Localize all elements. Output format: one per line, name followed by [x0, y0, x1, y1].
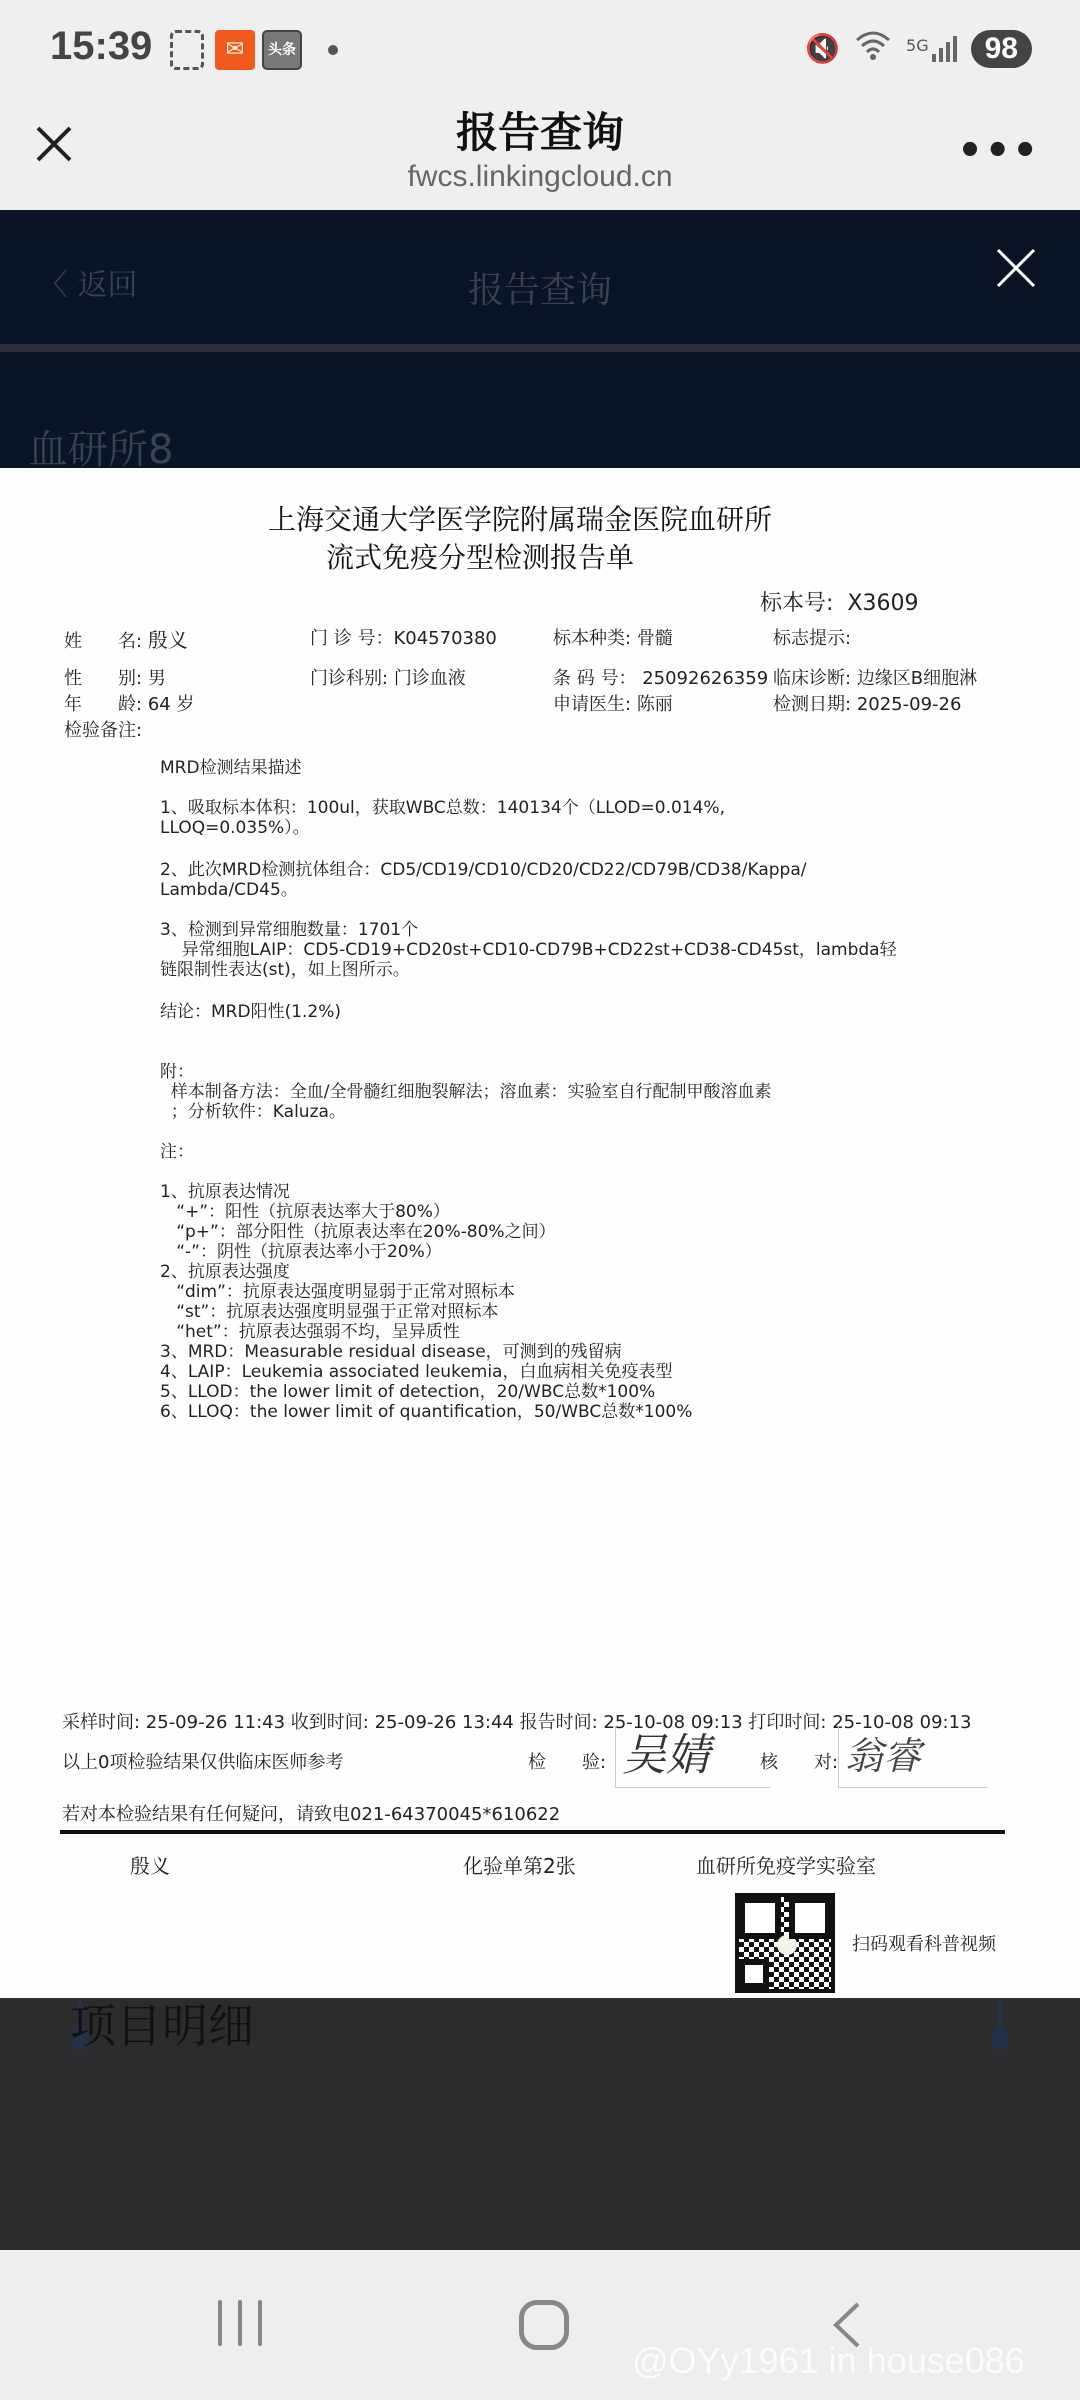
field-value: 殷义 [148, 628, 188, 652]
note-line: 2、抗原表达强度 [160, 1262, 290, 1282]
field-value: 25092626359 [642, 668, 768, 689]
field-label: 性 别: [64, 668, 142, 689]
mute-icon: 🔇 [805, 32, 840, 65]
mrd-item-3: 3、检测到异常细胞数量：1701个 异常细胞LAIP：CD5-CD19+CD20… [160, 920, 897, 980]
field-value: 男 [148, 668, 166, 689]
battery-indicator: 98 [971, 30, 1032, 68]
status-bar: 15:39 ✉ 头条 🔇 5G 98 [0, 0, 1080, 100]
qr-code-icon[interactable] [735, 1893, 835, 1993]
note-line: 5、LLOD：the lower limit of detection，20/W… [160, 1382, 655, 1402]
field-department: 门诊科别: 门诊血液 [310, 664, 466, 690]
more-options-button[interactable]: ••• [957, 128, 1040, 174]
field-age: 年 龄: 64 岁 [64, 690, 194, 716]
field-label: 条 码 号： [553, 668, 636, 689]
note-line: 1、抗原表达情况 [160, 1182, 290, 1202]
note-line: “st”：抗原表达强度明显强于正常对照标本 [160, 1302, 498, 1322]
field-label: 标本种类: [553, 628, 631, 649]
sample-number: 标本号: X3609 [760, 586, 918, 617]
home-button[interactable] [519, 2300, 569, 2350]
note-line: “-”：阴性（抗原表达率小于20%） [160, 1242, 442, 1262]
status-time: 15:39 [50, 24, 152, 69]
field-label: 门 诊 号： [310, 628, 393, 649]
field-value: K04570380 [393, 628, 496, 649]
note-line: 6、LLOQ：the lower limit of quantification… [160, 1402, 692, 1422]
note-line: “dim”：抗原表达强度明显弱于正常对照标本 [160, 1282, 515, 1302]
browser-header: 报告查询 fwcs.linkingcloud.cn ••• [0, 100, 1080, 210]
field-value: 陈丽 [637, 694, 673, 715]
recent-apps-icon [218, 2300, 222, 2346]
footer-patient-name: 殷义 [130, 1850, 170, 1879]
cell-signal-icon: 5G [906, 36, 957, 62]
field-label: 检验备注: [64, 720, 142, 741]
item-details-title: 项目明细 [70, 1990, 254, 2056]
page-title: 报告查询 [0, 100, 1080, 160]
field-gender: 性 别: 男 [64, 664, 166, 690]
close-image-viewer-button[interactable] [994, 246, 1038, 290]
mrd-item-1: 1、吸取标本体积：100ul，获取WBC总数：140134个（LLOD=0.01… [160, 798, 725, 838]
more-notifications-dot-icon [328, 45, 338, 55]
field-label: 年 龄: [64, 694, 142, 715]
recent-apps-button[interactable] [218, 2300, 262, 2346]
divider [60, 1830, 1005, 1834]
field-test-date: 检测日期: 2025-09-26 [773, 690, 961, 716]
page-url: fwcs.linkingcloud.cn [0, 160, 1080, 194]
network-type: 5G [906, 36, 929, 55]
close-icon [994, 246, 1038, 290]
sample-number-value: X3609 [847, 591, 918, 616]
field-label: 姓 名: [64, 631, 142, 652]
note-line: “het”：抗原表达强弱不均，呈异质性 [160, 1322, 460, 1342]
sample-number-label: 标本号: [760, 591, 833, 616]
lab-subtitle: 血研所8 [28, 418, 173, 475]
field-label: 临床诊断: [773, 668, 851, 689]
field-value: 骨髓 [637, 628, 673, 649]
field-label: 门诊科别: [310, 668, 388, 689]
report-image[interactable]: 上海交通大学医学院附属瑞金医院血研所 流式免疫分型检测报告单 标本号: X360… [0, 468, 1080, 1998]
mrd-heading: MRD检测结果描述 [160, 758, 302, 778]
mrd-item-2: 2、此次MRD检测抗体组合：CD5/CD19/CD10/CD20/CD22/CD… [160, 860, 806, 900]
checker-signature: 翁睿 [838, 1726, 988, 1788]
page-header: 〈 返回 报告查询 [0, 210, 1080, 352]
conclusion: 结论：MRD阳性(1.2%) [160, 1002, 341, 1022]
screenshot-icon [170, 30, 204, 70]
note-line: 3、MRD：Measurable residual disease，可测到的残留… [160, 1342, 622, 1362]
field-barcode: 条 码 号： 25092626359 [553, 664, 768, 690]
qr-caption: 扫码观看科普视频 [852, 1930, 996, 1956]
appendix: 附： 样本制备方法：全血/全骨髓红细胞裂解法；溶血素：实验室自行配制甲酸溶血素 … [160, 1062, 772, 1122]
system-nav-bar: @OYy1961 in house086 [0, 2250, 1080, 2400]
app-red-envelope-icon: ✉ [215, 30, 255, 70]
inspector-label: 检 验: [528, 1748, 606, 1774]
hospital-name: 上海交通大学医学院附属瑞金医院血研所 [0, 498, 1080, 538]
reference-note: 以上0项检验结果仅供临床医师参考 [62, 1748, 343, 1774]
checker-label: 核 对: [760, 1748, 838, 1774]
note-line: “p+”：部分阳性（抗原表达率在20%-80%之间） [160, 1222, 556, 1242]
field-doctor: 申请医生: 陈丽 [553, 690, 673, 716]
field-diagnosis: 临床诊断: 边缘区B细胞淋 [773, 664, 977, 690]
footer-sheet-number: 化验单第2张 [463, 1850, 576, 1879]
note-line: “+”：阳性（抗原表达率大于80%） [160, 1202, 450, 1222]
footer-lab-name: 血研所免疫学实验室 [696, 1850, 876, 1879]
field-flag-hint: 标志提示: [773, 624, 851, 650]
status-right: 🔇 5G 98 [805, 28, 1032, 69]
note-line: 4、LAIP：Leukemia associated leukemia，白血病相… [160, 1362, 672, 1382]
wifi-icon [854, 28, 892, 69]
toutiao-icon: 头条 [262, 30, 302, 70]
field-value: 边缘区B细胞淋 [857, 668, 977, 689]
field-value: 门诊血液 [394, 668, 466, 689]
page-header-title: 报告查询 [0, 262, 1080, 313]
watermark: @OYy1961 in house086 [632, 2340, 1025, 2382]
field-label: 检测日期: [773, 694, 851, 715]
field-outpatient-no: 门 诊 号：K04570380 [310, 624, 497, 650]
field-value: 64 岁 [148, 694, 195, 715]
notes-heading: 注： [160, 1142, 194, 1162]
report-timestamps: 采样时间: 25-09-26 11:43 收到时间: 25-09-26 13:4… [62, 1708, 972, 1734]
contact-note: 若对本检验结果有任何疑问，请致电021-64370045*610622 [62, 1800, 560, 1826]
field-specimen-type: 标本种类: 骨髓 [553, 624, 673, 650]
field-label: 标志提示: [773, 628, 851, 649]
field-label: 申请医生: [553, 694, 631, 715]
report-title: 流式免疫分型检测报告单 [0, 536, 1080, 576]
field-remarks: 检验备注: [64, 716, 142, 742]
inspector-signature: 吴婧 [615, 1726, 770, 1788]
field-value: 2025-09-26 [857, 694, 962, 715]
field-name: 姓 名: 殷义 [64, 624, 188, 653]
